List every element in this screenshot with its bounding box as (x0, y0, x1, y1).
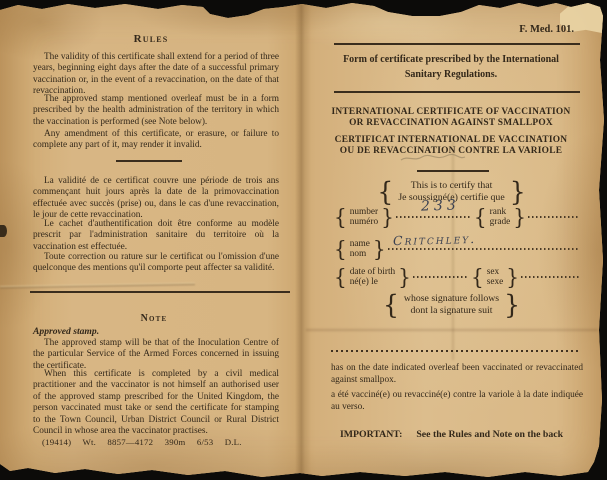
rules-paragraph-3: Any amendment of this certificate, or er… (33, 129, 279, 152)
certify-en: This is to certify that (398, 180, 504, 192)
prescribed-line-1: Form of certificate prescribed by the In… (315, 52, 587, 67)
dob-sex-row: { date of birth né(e) le } { sex sexe } (334, 265, 581, 289)
brace-open-icon: { (383, 291, 399, 317)
title-en-line-2: OR REVACCINATION AGAINST SMALLPOX (309, 118, 593, 129)
vaccinated-statement-fr: a été vacciné(e) ou revacciné(e) contre … (331, 389, 583, 413)
sex-label-fr: sexe (487, 277, 504, 288)
note-heading: Note (20, 313, 288, 324)
handwritten-name: Critchley. (393, 231, 476, 248)
number-dotted-line (396, 216, 472, 218)
dob-label-fr: né(e) le (350, 277, 395, 288)
rules-fr-paragraph-3: Toute correction ou rature sur le certif… (33, 252, 279, 275)
dob-field-label: { date of birth né(e) le } (334, 267, 411, 288)
brace-close-icon: } (373, 239, 386, 260)
sex-field-label: { sex sexe } (471, 267, 519, 288)
rank-field-label: { rank grade } (474, 207, 526, 228)
brace-close-icon: } (398, 267, 411, 288)
rules-fr-paragraph-1: La validité de ce certificat couvre une … (33, 176, 279, 222)
brace-open-icon: { (334, 239, 347, 260)
dob-label-en: date of birth (350, 267, 395, 278)
important-note: IMPORTANT:See the Rules and Note on the … (303, 429, 600, 440)
certificate-divider (417, 170, 489, 172)
brace-open-icon: { (474, 207, 487, 228)
number-field-label: { number numéro } (334, 207, 394, 228)
rank-dotted-line (528, 216, 579, 218)
form-reference: F. Med. 101. (519, 24, 574, 35)
signature-statement: { whose signature follows dont la signat… (303, 292, 600, 317)
sex-label-en: sex (487, 267, 504, 278)
title-english: INTERNATIONAL CERTIFICATE OF VACCINATION… (309, 107, 593, 129)
number-label-fr: numéro (350, 217, 378, 228)
rules-page: Rules The validity of this certificate s… (0, 0, 303, 480)
name-label-fr: nom (350, 249, 370, 260)
prescribed-statement: Form of certificate prescribed by the In… (315, 52, 587, 82)
rules-paragraph-1: The validity of this certificate shall e… (33, 52, 279, 98)
certificate-page: F. Med. 101. Form of certificate prescri… (303, 0, 600, 480)
title-fr-line-1: CERTIFICAT INTERNATIONAL DE VACCINATION (309, 135, 593, 146)
rules-paragraph-2: The approved stamp mentioned overleaf mu… (33, 94, 279, 128)
important-label: IMPORTANT: (340, 429, 402, 440)
rules-fr-paragraph-2: Le cachet d'authentification doit être c… (33, 219, 279, 253)
brace-close-icon: } (381, 207, 394, 228)
certificate-photo: Rules The validity of this certificate s… (0, 0, 607, 480)
divider-long (30, 291, 290, 293)
note-paragraph-1: The approved stamp will be that of the I… (33, 338, 279, 372)
important-text: See the Rules and Note on the back (416, 429, 563, 440)
rules-heading: Rules (20, 33, 282, 45)
brace-open-icon: { (334, 207, 347, 228)
brace-open-icon: { (334, 267, 347, 288)
signature-en: whose signature follows (404, 293, 499, 305)
brace-close-icon: } (510, 178, 526, 204)
faint-handwriting-mark (398, 152, 468, 164)
brace-close-icon: } (504, 291, 520, 317)
brace-close-icon: } (506, 267, 519, 288)
name-dotted-line (388, 248, 579, 250)
signature-fr: dont la signature suit (404, 305, 499, 317)
brace-open-icon: { (471, 267, 484, 288)
divider-short (116, 160, 182, 162)
document-paper: Rules The validity of this certificate s… (0, 0, 607, 480)
rank-label-fr: grade (490, 217, 511, 228)
prescribed-line-2: Sanitary Regulations. (315, 67, 587, 82)
name-field-label: { name nom } (334, 239, 386, 260)
name-label-en: name (350, 239, 370, 250)
signature-dotted-line (331, 350, 580, 352)
rank-label-en: rank (490, 207, 511, 218)
sex-dotted-line (521, 276, 579, 278)
title-en-line-1: INTERNATIONAL CERTIFICATE OF VACCINATION (309, 107, 593, 118)
handwritten-number: 233 (421, 197, 460, 214)
approved-stamp-label: Approved stamp. (33, 326, 99, 337)
vaccinated-statement-en: has on the date indicated overleaf been … (331, 362, 583, 386)
header-rule-bottom (334, 91, 580, 93)
note-paragraph-2: When this certificate is completed by a … (33, 369, 279, 437)
brace-open-icon: { (377, 178, 393, 204)
dob-dotted-line (413, 276, 469, 278)
brace-close-icon: } (513, 207, 526, 228)
number-label-en: number (350, 207, 378, 218)
print-imprint: (19414) Wt. 8857—4172 390m 6/53 D.L. (42, 437, 242, 447)
header-rule-top (334, 43, 580, 45)
